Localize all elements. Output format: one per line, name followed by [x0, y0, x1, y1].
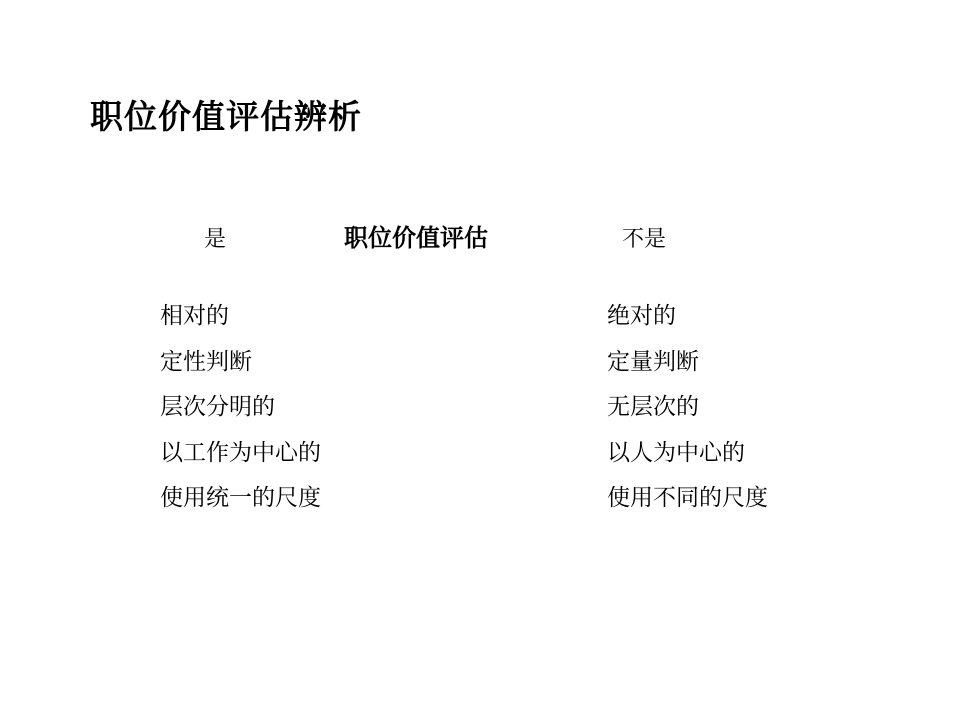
list-item: 以工作为中心的	[160, 430, 321, 476]
slide-title: 职位价值评估辨析	[90, 96, 362, 138]
list-item: 使用统一的尺度	[160, 475, 321, 521]
header-center-title: 职位价值评估	[342, 222, 490, 256]
left-column: 相对的 定性判断 层次分明的 以工作为中心的 使用统一的尺度	[160, 293, 321, 521]
list-item: 定性判断	[160, 339, 321, 385]
list-item: 无层次的	[607, 384, 768, 430]
slide-canvas: 职位价值评估辨析 是 职位价值评估 不是 相对的 定性判断 层次分明的 以工作为…	[0, 0, 960, 720]
header-yes-label: 是	[204, 222, 226, 256]
list-item: 层次分明的	[160, 384, 321, 430]
list-item: 绝对的	[607, 293, 768, 339]
list-item: 以人为中心的	[607, 430, 768, 476]
list-item: 定量判断	[607, 339, 768, 385]
header-not-label: 不是	[622, 222, 666, 256]
list-item: 相对的	[160, 293, 321, 339]
list-item: 使用不同的尺度	[607, 475, 768, 521]
comparison-header-row: 是 职位价值评估 不是	[0, 222, 960, 256]
right-column: 绝对的 定量判断 无层次的 以人为中心的 使用不同的尺度	[607, 293, 768, 521]
